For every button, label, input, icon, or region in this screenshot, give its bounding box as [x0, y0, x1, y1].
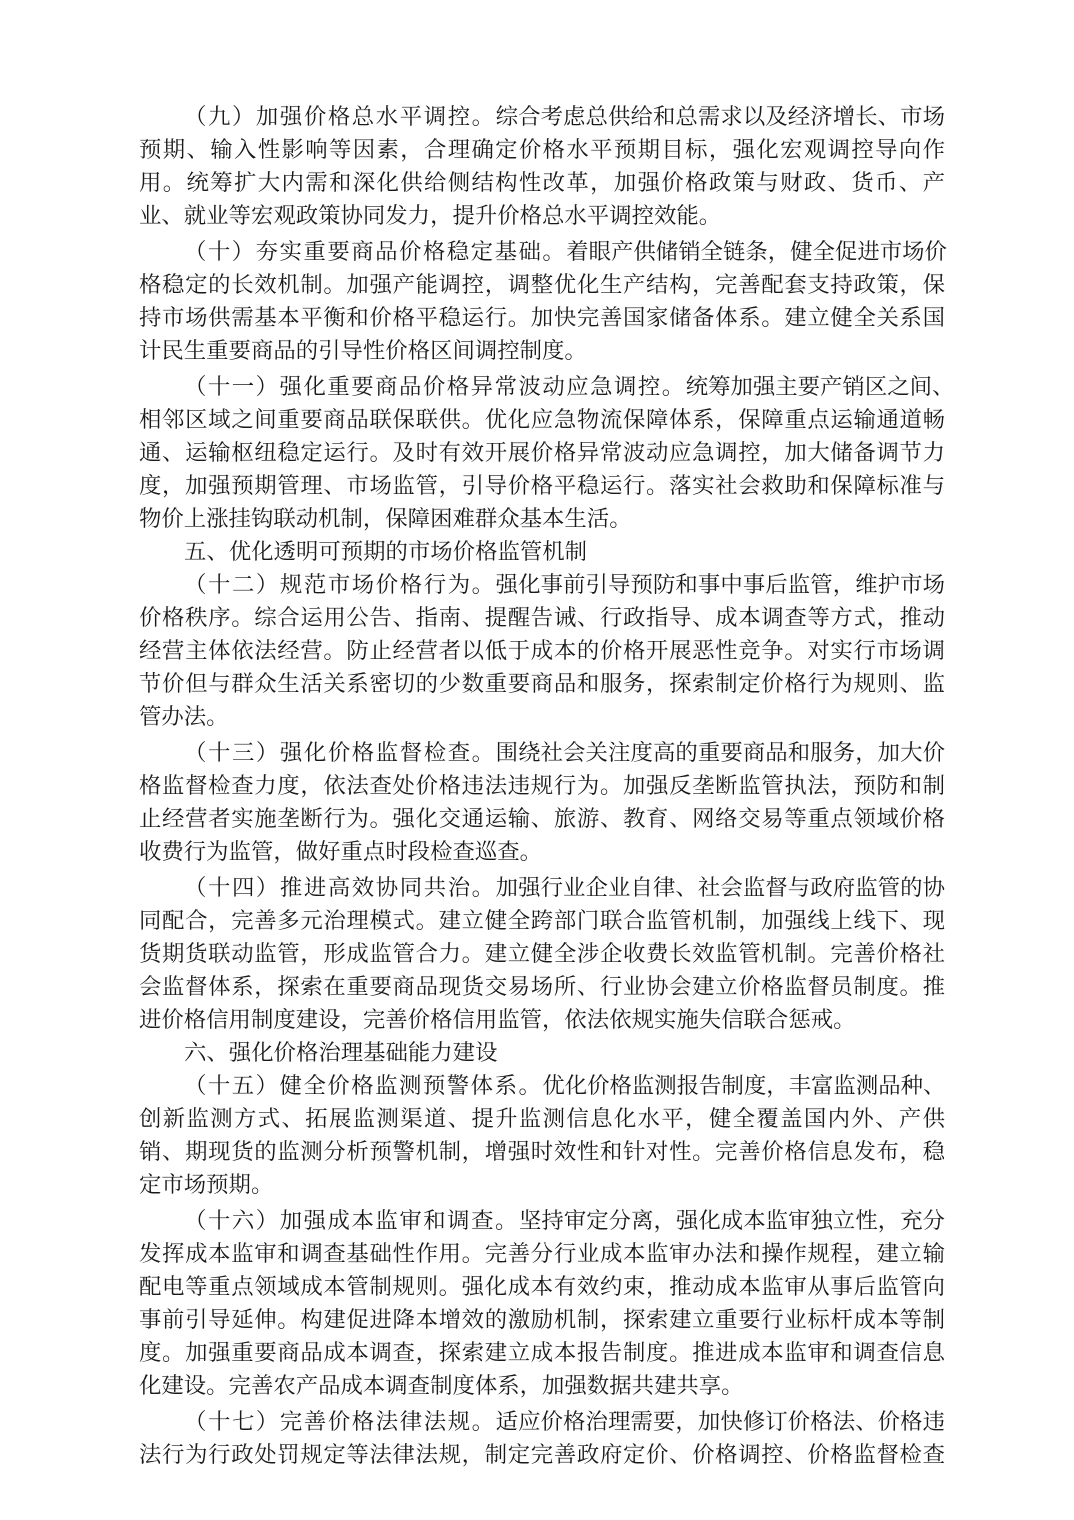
- paragraph-line: 格监督检查力度，依法查处价格违法违规行为。加强反垄断监管执法，预防和制: [139, 770, 945, 803]
- paragraph-text: 强化事前引导预防和事中事后监管，维护市场: [496, 572, 945, 598]
- section-heading: 五、优化透明可预期的市场价格监管机制: [184, 536, 945, 569]
- paragraph-first-line: （十五）健全价格监测预警体系。优化价格监测报告制度，丰富监测品种、: [184, 1070, 945, 1103]
- paragraph-first-line: （十三）强化价格监督检查。围绕社会关注度高的重要商品和服务，加大价: [184, 737, 945, 770]
- paragraph-lead-title: （十二）规范市场价格行为。: [184, 572, 496, 598]
- paragraph-line: 相邻区域之间重要商品联保联供。优化应急物流保障体系，保障重点运输通道畅: [139, 404, 945, 437]
- paragraph-first-line: （十）夯实重要商品价格稳定基础。着眼产供储销全链条，健全促进市场价: [184, 236, 945, 269]
- paragraph-text: 着眼产供储销全链条，健全促进市场价: [566, 239, 947, 265]
- paragraph-lead-title: （十五）健全价格监测预警体系。: [184, 1073, 542, 1099]
- paragraph-line: 同配合，完善多元治理模式。建立健全跨部门联合监管机制，加强线上线下、现: [139, 905, 945, 938]
- paragraph-text: 优化价格监测报告制度，丰富监测品种、: [542, 1073, 945, 1099]
- paragraph-line: 创新监测方式、拓展监测渠道、提升监测信息化水平，健全覆盖国内外、产供: [139, 1103, 945, 1136]
- paragraph-first-line: （十六）加强成本监审和调查。坚持审定分离，强化成本监审独立性，充分: [184, 1205, 945, 1238]
- paragraph-line: 止经营者实施垄断行为。强化交通运输、旅游、教育、网络交易等重点领域价格: [139, 803, 945, 836]
- paragraph-text: 综合考虑总供给和总需求以及经济增长、市场: [496, 104, 945, 130]
- paragraph-line: 货期货联动监管，形成监管合力。建立健全涉企收费长效监管机制。完善价格社: [139, 938, 945, 971]
- paragraph-line: 度，加强预期管理、市场监管，引导价格平稳运行。落实社会救助和保障标准与: [139, 470, 945, 503]
- paragraph-line: 收费行为监管，做好重点时段检查巡查。: [139, 836, 945, 869]
- paragraph-line: 管办法。: [139, 701, 945, 734]
- paragraph-line: 发挥成本监审和调查基础性作用。完善分行业成本监审办法和操作规程，建立输: [139, 1238, 945, 1271]
- paragraph-text: 适应价格治理需要，加快修订价格法、价格违: [496, 1409, 945, 1435]
- paragraph-line: 计民生重要商品的引导性价格区间调控制度。: [139, 335, 945, 368]
- section-heading: 六、强化价格治理基础能力建设: [184, 1037, 945, 1070]
- paragraph-lead-title: （十一）强化重要商品价格异常波动应急调控。: [184, 374, 686, 400]
- paragraph-text: 围绕社会关注度高的重要商品和服务，加大价: [496, 740, 945, 766]
- paragraph-lead-title: （十三）强化价格监督检查。: [184, 740, 496, 766]
- paragraph-line: 会监督体系，探索在重要商品现货交易场所、行业协会建立价格监督员制度。推: [139, 971, 945, 1004]
- paragraph-first-line: （十七）完善价格法律法规。适应价格治理需要，加快修订价格法、价格违: [184, 1406, 945, 1439]
- paragraph-line: 定市场预期。: [139, 1169, 945, 1202]
- document-page: （九）加强价格总水平调控。综合考虑总供给和总需求以及经济增长、市场预期、输入性影…: [0, 0, 1074, 1520]
- paragraph-line: 格稳定的长效机制。加强产能调控，调整优化生产结构，完善配套支持政策，保: [139, 269, 945, 302]
- paragraph-lead-title: （九）加强价格总水平调控。: [184, 104, 496, 130]
- paragraph-line: 化建设。完善农产品成本调查制度体系，加强数据共建共享。: [139, 1370, 945, 1403]
- paragraph-text: 加强行业企业自律、社会监督与政府监管的协: [496, 875, 945, 901]
- paragraph-line: 持市场供需基本平衡和价格平稳运行。加快完善国家储备体系。建立健全关系国: [139, 302, 945, 335]
- paragraph-line: 节价但与群众生活关系密切的少数重要商品和服务，探索制定价格行为规则、监: [139, 668, 945, 701]
- paragraph-line: 物价上涨挂钩联动机制，保障困难群众基本生活。: [139, 503, 945, 536]
- paragraph-line: 事前引导延伸。构建促进降本增效的激励机制，探索建立重要行业标杆成本等制: [139, 1304, 945, 1337]
- paragraph-first-line: （十四）推进高效协同共治。加强行业企业自律、社会监督与政府监管的协: [184, 872, 945, 905]
- paragraph-line: 进价格信用制度建设，完善价格信用监管，依法依规实施失信联合惩戒。: [139, 1004, 945, 1037]
- paragraph-lead-title: （十）夯实重要商品价格稳定基础。: [184, 239, 566, 265]
- paragraph-first-line: （十二）规范市场价格行为。强化事前引导预防和事中事后监管，维护市场: [184, 569, 945, 602]
- paragraph-first-line: （九）加强价格总水平调控。综合考虑总供给和总需求以及经济增长、市场: [184, 101, 945, 134]
- paragraph-lead-title: （十七）完善价格法律法规。: [184, 1409, 496, 1435]
- paragraph-line: 度。加强重要商品成本调查，探索建立成本报告制度。推进成本监审和调查信息: [139, 1337, 945, 1370]
- paragraph-line: 预期、输入性影响等因素，合理确定价格水平预期目标，强化宏观调控导向作: [139, 134, 945, 167]
- paragraph-lead-title: （十四）推进高效协同共治。: [184, 875, 496, 901]
- paragraph-line: 配电等重点领域成本管制规则。强化成本有效约束，推动成本监审从事后监管向: [139, 1271, 945, 1304]
- paragraph-line: 用。统筹扩大内需和深化供给侧结构性改革，加强价格政策与财政、货币、产: [139, 167, 945, 200]
- paragraph-line: 法行为行政处罚规定等法律法规，制定完善政府定价、价格调控、价格监督检查: [139, 1439, 945, 1472]
- paragraph-line: 价格秩序。综合运用公告、指南、提醒告诫、行政指导、成本调查等方式，推动: [139, 602, 945, 635]
- paragraph-text: 坚持审定分离，强化成本监审独立性，充分: [519, 1208, 945, 1234]
- paragraph-line: 业、就业等宏观政策协同发力，提升价格总水平调控效能。: [139, 200, 945, 233]
- paragraph-first-line: （十一）强化重要商品价格异常波动应急调控。统筹加强主要产销区之间、: [184, 371, 945, 404]
- paragraph-lead-title: （十六）加强成本监审和调查。: [184, 1208, 519, 1234]
- paragraph-line: 通、运输枢纽稳定运行。及时有效开展价格异常波动应急调控，加大储备调节力: [139, 437, 945, 470]
- paragraph-line: 经营主体依法经营。防止经营者以低于成本的价格开展恶性竞争。对实行市场调: [139, 635, 945, 668]
- paragraph-line: 销、期现货的监测分析预警机制，增强时效性和针对性。完善价格信息发布，稳: [139, 1136, 945, 1169]
- paragraph-text: 统筹加强主要产销区之间、: [686, 374, 955, 400]
